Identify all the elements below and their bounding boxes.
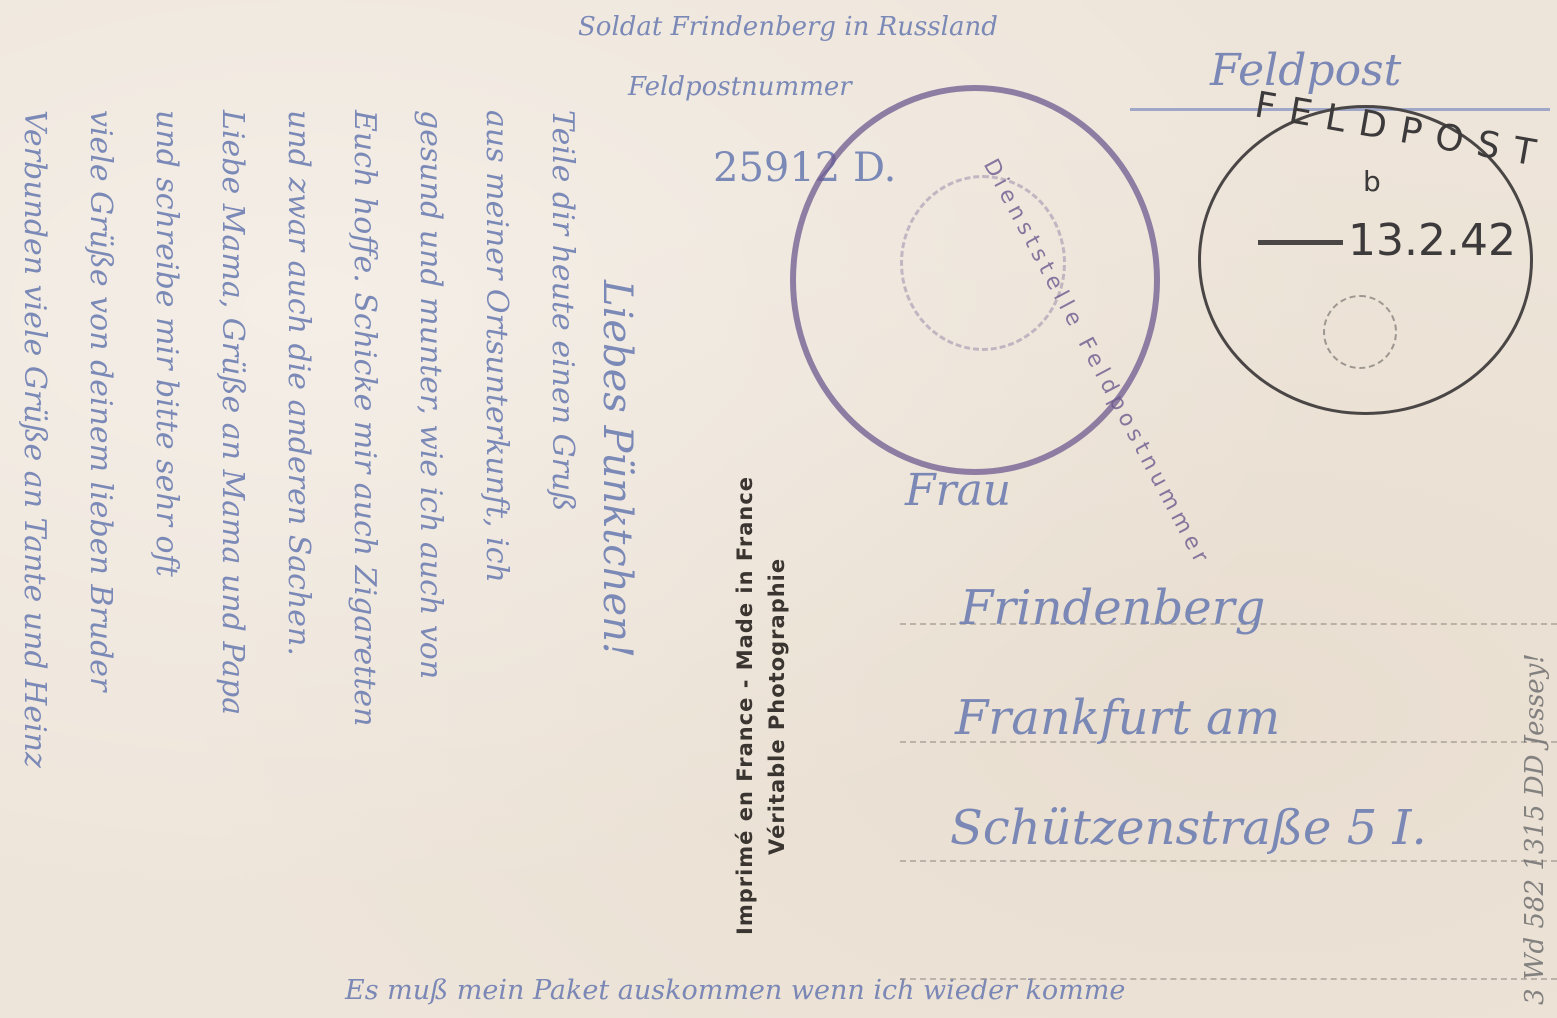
address-salutation: Frau	[905, 465, 1011, 516]
postmark-seal-emblem-icon	[1323, 295, 1397, 369]
message-line: Liebe Mama, Grüße an Mama und Papa	[215, 110, 250, 715]
postmark-dash	[1258, 240, 1343, 245]
message-line: Euch hoffe. Schicke mir auch Zigaretten	[347, 110, 382, 726]
address-name: Frindenberg	[960, 580, 1265, 636]
feldpost-label: Feldpost	[1210, 45, 1401, 96]
imprint-line-2: Véritable Photographie	[765, 558, 789, 855]
message-line: aus meiner Ortsunterkunft, ich	[479, 110, 514, 583]
postcard: Liebes Pünktchen! Teile dir heute einen …	[0, 0, 1557, 1018]
postmark-letter: b	[1363, 165, 1381, 198]
unit-stamp-seal-emblem-icon	[900, 175, 1066, 351]
imprint-line-1: Imprimé en France - Made in France	[733, 476, 757, 935]
message-line: und zwar auch die anderen Sachen.	[281, 110, 316, 656]
message-line: gesund und munter, wie ich auch von	[413, 110, 448, 679]
message-line: viele Grüße von deinem lieben Bruder	[83, 110, 118, 691]
address-line-4	[900, 978, 1557, 980]
margin-note: 3 Wd 582 1315 DD Jessey!	[1520, 653, 1550, 1005]
message-line: Teile dir heute einen Gruß	[545, 110, 580, 511]
address-city: Frankfurt am	[955, 690, 1280, 746]
message-line: und schreibe mir bitte sehr oft	[149, 110, 184, 577]
unit-stamp: Dienststelle Feldpostnummer	[790, 85, 1160, 475]
address-street: Schützenstraße 5 I.	[950, 800, 1427, 856]
postmark-date: 13.2.42	[1348, 215, 1516, 266]
message-greeting: Liebes Pünktchen!	[594, 280, 640, 658]
sender-line-1: Soldat Frindenberg in Russland	[578, 12, 998, 42]
address-line-3	[900, 860, 1557, 862]
feldpost-postmark: FELDPOST b 13.2.42	[1198, 105, 1533, 415]
message-line: Verbunden viele Grüße an Tante und Heinz	[17, 110, 52, 768]
